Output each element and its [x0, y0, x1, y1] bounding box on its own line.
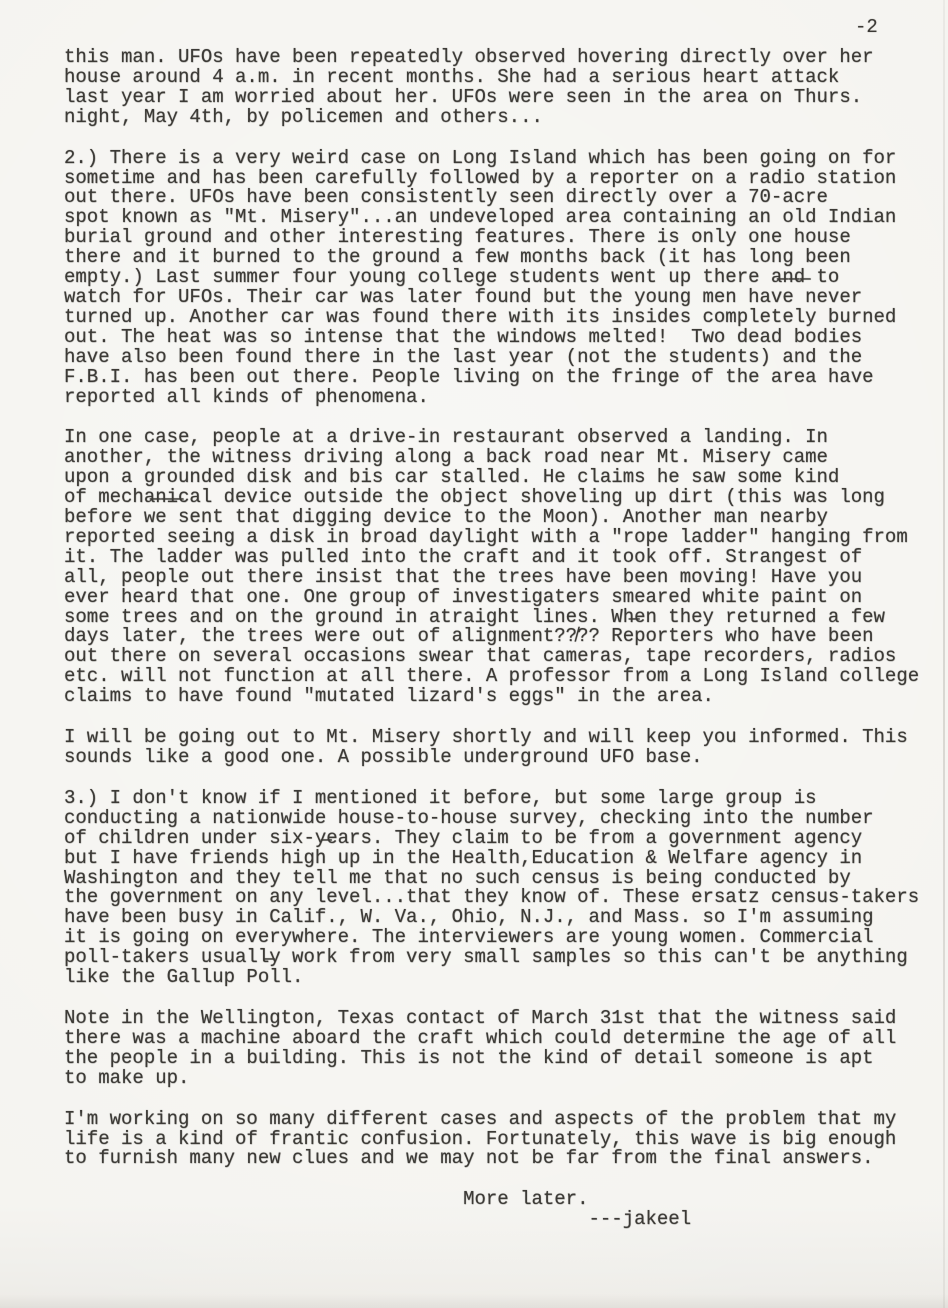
- text-line: Note in the Wellington, Texas contact of…: [64, 1009, 948, 1029]
- text-line: I will be going out to Mt. Misery shortl…: [64, 728, 948, 748]
- signoff: More later. ---jakeel: [64, 1190, 948, 1230]
- text-line: to make up.: [64, 1069, 948, 1089]
- text-line: I'm working on so many different cases a…: [64, 1110, 948, 1130]
- text-line: to furnish many new clues and we may not…: [64, 1149, 948, 1169]
- text-line: the government on any level...that they …: [64, 888, 948, 908]
- text-line: turned up. Another car was found there w…: [64, 308, 948, 328]
- text-line: before we sent that digging device to th…: [64, 508, 948, 528]
- mt-misery-visit-paragraph: I will be going out to Mt. Misery shortl…: [64, 728, 948, 768]
- text-line: night, May 4th, by policemen and others.…: [64, 108, 948, 128]
- wellington-note-paragraph: Note in the Wellington, Texas contact of…: [64, 1009, 948, 1089]
- text-line: it is going on everywhere. The interview…: [64, 928, 948, 948]
- text-line: like the Gallup Poll.: [64, 968, 948, 988]
- text-line: out there. UFOs have been consistently s…: [64, 188, 948, 208]
- text-line: poll-takers usuall̶y work from very smal…: [64, 948, 948, 968]
- case-3-census-paragraph: 3.) I don't know if I mentioned it befor…: [64, 789, 948, 988]
- text-line: 3.) I don't know if I mentioned it befor…: [64, 789, 948, 809]
- text-line: watch for UFOs. Their car was later foun…: [64, 288, 948, 308]
- text-line: In one case, people at a drive-in restau…: [64, 428, 948, 448]
- text-line: sometime and has been carefully followed…: [64, 169, 948, 189]
- document-body: this man. UFOs have been repeatedly obse…: [64, 48, 948, 1230]
- text-line: some trees and on the ground in atraight…: [64, 608, 948, 628]
- text-line: conducting a nationwide house-to-house s…: [64, 809, 948, 829]
- text-line: burial ground and other interesting feat…: [64, 228, 948, 248]
- text-line: life is a kind of frantic confusion. For…: [64, 1130, 948, 1150]
- scanned-letter-page: -2 this man. UFOs have been repeatedly o…: [0, 0, 948, 1308]
- text-line: all, people out there insist that the tr…: [64, 568, 948, 588]
- text-line: Washington and they tell me that no such…: [64, 869, 948, 889]
- text-line: the people in a building. This is not th…: [64, 1049, 948, 1069]
- scan-artifact-line: [943, 0, 945, 1308]
- text-line: of mecha̶n̶i̶cal device outside the obje…: [64, 488, 948, 508]
- text-line: reported all kinds of phenomena.: [64, 388, 948, 408]
- text-line: out there on several occasions swear tha…: [64, 647, 948, 667]
- text-line: house around 4 a.m. in recent months. Sh…: [64, 68, 948, 88]
- text-line: claims to have found "mutated lizard's e…: [64, 687, 948, 707]
- text-line: F.B.I. has been out there. People living…: [64, 368, 948, 388]
- text-line: reported seeing a disk in broad daylight…: [64, 528, 948, 548]
- text-line: there was a machine aboard the craft whi…: [64, 1029, 948, 1049]
- text-line: More later.: [64, 1190, 948, 1210]
- text-line: ---jakeel: [64, 1210, 948, 1230]
- text-line: but I have friends high up in the Health…: [64, 849, 948, 869]
- text-line: spot known as "Mt. Misery"...an undevelo…: [64, 208, 948, 228]
- closing-remarks-paragraph: I'm working on so many different cases a…: [64, 1110, 948, 1170]
- mt-misery-phenomena-paragraph: In one case, people at a drive-in restau…: [64, 428, 948, 707]
- text-line: 2.) There is a very weird case on Long I…: [64, 149, 948, 169]
- text-line: there and it burned to the ground a few …: [64, 248, 948, 268]
- text-line: upon a grounded disk and bis car stalled…: [64, 468, 948, 488]
- text-line: sounds like a good one. A possible under…: [64, 748, 948, 768]
- page-number: -2: [855, 18, 878, 38]
- case-2-long-island-paragraph: 2.) There is a very weird case on Long I…: [64, 149, 948, 408]
- intro-paragraph: this man. UFOs have been repeatedly obse…: [64, 48, 948, 128]
- text-line: have also been found there in the last y…: [64, 348, 948, 368]
- text-line: last year I am worried about her. UFOs w…: [64, 88, 948, 108]
- text-line: this man. UFOs have been repeatedly obse…: [64, 48, 948, 68]
- text-line: days later, the trees were out of alignm…: [64, 627, 948, 647]
- text-line: it. The ladder was pulled into the craft…: [64, 548, 948, 568]
- text-line: another, the witness driving along a bac…: [64, 448, 948, 468]
- text-line: ever heard that one. One group of invest…: [64, 588, 948, 608]
- scan-artifact-shade: [0, 1294, 948, 1308]
- text-line: out. The heat was so intense that the wi…: [64, 328, 948, 348]
- text-line: have been busy in Calif., W. Va., Ohio, …: [64, 908, 948, 928]
- text-line: empty.) Last summer four young college s…: [64, 268, 948, 288]
- text-line: etc. will not function at all there. A p…: [64, 667, 948, 687]
- text-line: of children under six-y̶ears. They claim…: [64, 829, 948, 849]
